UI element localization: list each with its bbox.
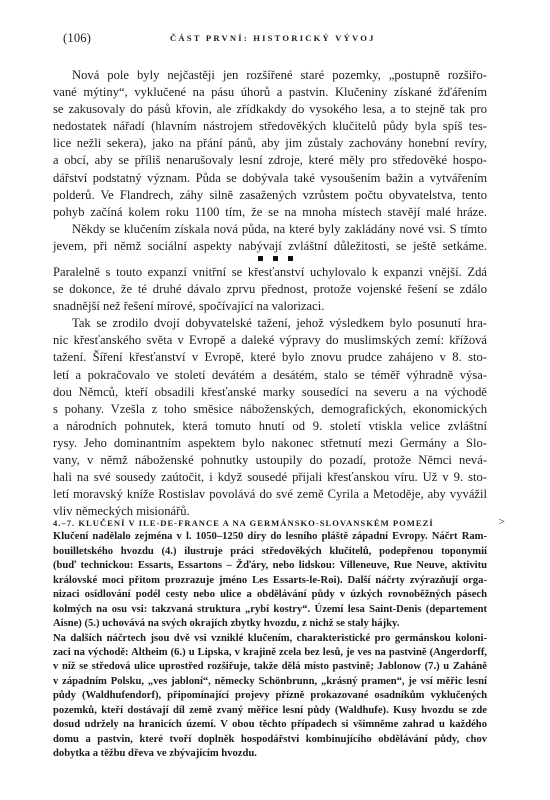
caption-line: nizaci osídlování podél cesty nebo ulice… [53, 588, 487, 602]
text-line: snadnější než řešení mírové, spočívající… [53, 298, 487, 315]
page-header: (106) Část první: historický vývoj [53, 31, 487, 47]
caption-line: v západním Polsku, „ves jabloní“, německ… [53, 675, 487, 689]
caption-line: (buď technickou: Essarts, Essartons – Žď… [53, 559, 487, 573]
caption-line: kolmých na osu vsi: takzvaná struktura „… [53, 603, 487, 617]
text-line: rysy. Jeho dominantním aspektem bylo nak… [53, 435, 487, 452]
caption-line: domu a pastvin, které tvoří doplněk hosp… [53, 733, 487, 747]
caption-line: Na dalších náčrtech jsou dvě vsi vzniklé… [53, 632, 487, 646]
caption-line: Klučení nadělalo zejména v l. 1050–1250 … [53, 530, 487, 544]
caption-line: dosud udržely na hranicích území. V obou… [53, 718, 487, 732]
page-number: (106) [63, 31, 91, 46]
text-line: nedostatek nářadí (hlavním nástrojem stř… [53, 118, 487, 135]
text-line: se zakusovaly do pásů křovin, ale zřídka… [53, 101, 487, 118]
text-line: pohyb začíná kolem roku 1100 tím, že se … [53, 204, 487, 221]
paragraph: Paralelně s touto expanzí vnitřní se kře… [53, 264, 487, 315]
text-line: Někdy se klučením získala nová půda, na … [53, 221, 487, 238]
caption-line: pozemků, kteří dostávají díl země zvaný … [53, 704, 487, 718]
ornament-square-icon [273, 256, 278, 261]
text-line: vané mýtiny“, vyklučené na pásu úhorů a … [53, 84, 487, 101]
text-line: lice nežli sekera), jako na přání pánů, … [53, 135, 487, 152]
caption-line: zaci na východě: Altheim (6.) u Lipska, … [53, 646, 487, 660]
caption-title-text: 4.–7. Klučení v Ile-de-France a na germá… [53, 518, 434, 528]
ornament-square-icon [258, 256, 263, 261]
caption-line: královské moci přitom prozrazuje jméno L… [53, 574, 487, 588]
caption-title: 4.–7. Klučení v Ile-de-France a na germá… [53, 516, 487, 530]
text-line: hali na své sousedy zaútočit, i když sou… [53, 469, 487, 486]
text-line: dou Němců, kteří obsadili křesťanské mar… [53, 384, 487, 401]
text-line: s pohany. Vzešla z toho směsice nábožens… [53, 401, 487, 418]
caption-line: Aisne) (5.) uchovává na svých okrajích z… [53, 617, 487, 631]
text-line: Paralelně s touto expanzí vnitřní se kře… [53, 264, 487, 281]
text-line: Nová pole byly nejčastěji jen rozšířené … [53, 67, 487, 84]
text-line: se dokonce, že té druhé dávalo zprvu pře… [53, 281, 487, 298]
text-line: vany, v němž náboženské pohnutky ustoupi… [53, 452, 487, 469]
section-outer-expansion: Paralelně s touto expanzí vnitřní se kře… [53, 264, 487, 520]
text-line: dářství podstatný význam. Půda se dobýva… [53, 170, 487, 187]
caption-line: půdy (Waldhufendorf), připomínající proj… [53, 689, 487, 703]
caption-line: dobytka a těžbu dřeva ve zbývajícím hvoz… [53, 747, 487, 761]
running-head: Část první: historický vývoj [170, 33, 376, 43]
text-line: letí a pokračovalo ve století devátém a … [53, 367, 487, 384]
paragraph: Nová pole byly nejčastěji jen rozšířené … [53, 67, 487, 221]
text-line: Tak se zrodilo dvojí dobyvatelské tažení… [53, 315, 487, 332]
text-line: a národních pohnutek, která tomuto hnutí… [53, 418, 487, 435]
arrow-right-icon: > [499, 515, 505, 529]
text-line: letí moravský kníže Rostislav povolává d… [53, 486, 487, 503]
caption-line: bouilletského hvozdu (4.) ilustruje prác… [53, 545, 487, 559]
text-line: polderů. Ve Flandrech, záhy silně zasaže… [53, 187, 487, 204]
text-line: a obcí, aby se příliš nenarušovaly lesní… [53, 152, 487, 169]
text-line: nic křesťanského světa v Evropě a daleké… [53, 332, 487, 349]
caption-line: v níž se středová ulice uprostřed rozšiř… [53, 660, 487, 674]
section-inner-expansion: Nová pole byly nejčastěji jen rozšířené … [53, 67, 487, 255]
ornament-square-icon [288, 256, 293, 261]
paragraph: Tak se zrodilo dvojí dobyvatelské tažení… [53, 315, 487, 520]
figure-caption: 4.–7. Klučení v Ile-de-France a na germá… [53, 516, 487, 761]
text-line: tažení. Šíření křesťanství v Evropě, kte… [53, 349, 487, 366]
